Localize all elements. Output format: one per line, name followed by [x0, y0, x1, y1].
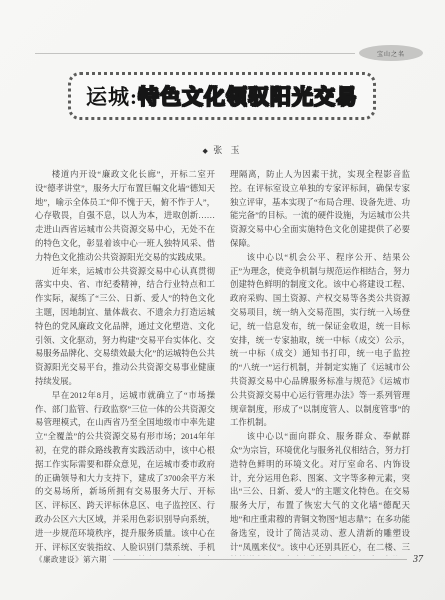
paragraph: 早在2012年8月，运城市就确立了“市场操作、部门监管、行政监察”三位一体的公共… — [35, 389, 215, 556]
paragraph: 该中心以“面向群众、服务群众、奉献群众”为宗旨，环境优化与服务礼仪相结合，努力打… — [230, 430, 410, 556]
paragraph: 该中心以“机会公平、程序公开、结果公正”为理念，使竞争机制与规范运作相结合，努力… — [230, 251, 410, 430]
author-line: ◆ 张 玉 — [0, 143, 445, 156]
magazine-page: 宝山之名 运城:特色文化领驭阳光交易 ◆ 张 玉 楼道内开设“廉政文化长廊”，开… — [0, 0, 445, 600]
column-badge: 宝山之名 — [359, 45, 423, 61]
left-column: 楼道内开设“廉政文化长廊”，开标二室开设“德孝讲堂”，服务大厅布置巨幅文化墙“德… — [35, 168, 215, 556]
right-column: 理隔离，防止人为因素干扰，实现全程影音监控。在评标室设立单独的专家评标间，确保专… — [230, 168, 410, 556]
paragraph: 楼道内开设“廉政文化长廊”，开标二室开设“德孝讲堂”，服务大厅布置巨幅文化墙“德… — [35, 168, 215, 265]
article-body: 楼道内开设“廉政文化长廊”，开标二室开设“德孝讲堂”，服务大厅布置巨幅文化墙“德… — [35, 168, 410, 556]
article-title: 运城:特色文化领驭阳光交易 — [86, 81, 358, 111]
title-main: 特色文化领驭阳光交易 — [138, 85, 358, 109]
author-name: 张 玉 — [213, 145, 242, 155]
paragraph: 近年来，运城市公共资源交易中心认真贯彻落实中央、省、市纪委精神，结合行业特点和工… — [35, 265, 215, 389]
footer: 《廉政建设》第六期 37 — [35, 552, 423, 566]
author-diamond-icon: ◆ — [203, 147, 208, 155]
header: 宝山之名 — [35, 44, 423, 62]
article-title-banner: 运城:特色文化领驭阳光交易 — [68, 72, 376, 120]
title-prefix: 运城: — [86, 85, 138, 109]
journal-issue: 《廉政建设》第六期 — [35, 554, 107, 565]
page-number: 37 — [413, 554, 423, 565]
header-rule — [35, 53, 355, 54]
paragraph: 理隔离，防止人为因素干扰，实现全程影音监控。在评标室设立单独的专家评标间，确保专… — [230, 168, 410, 251]
footer-rule — [113, 559, 407, 560]
